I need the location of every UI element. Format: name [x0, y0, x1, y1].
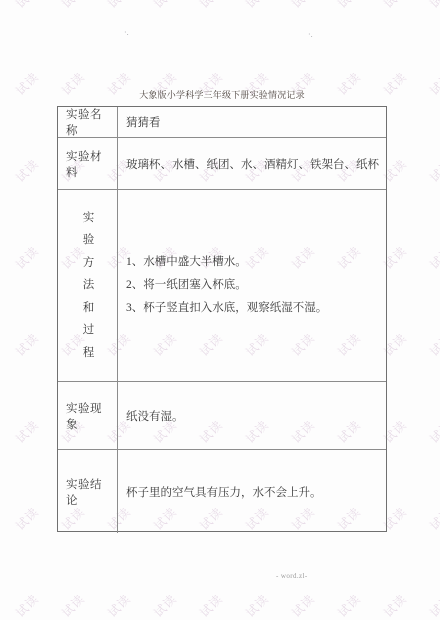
watermark-stamp: 试读: [426, 0, 440, 12]
watermark-stamp: 试读: [242, 0, 272, 12]
watermark-stamp: 试读: [426, 242, 440, 272]
row-value-experiment-conclusion: 杯子里的空气具有压力，水不会上升。: [118, 450, 386, 533]
page-footer: - word.zl-: [276, 572, 308, 580]
watermark-stamp: 试读: [104, 590, 134, 620]
watermark-stamp: 试读: [104, 0, 134, 12]
watermark-stamp: 试读: [12, 590, 42, 620]
watermark-stamp: 试读: [12, 503, 42, 533]
method-step-2: 2、将一纸团塞入杯底。: [126, 274, 327, 297]
row-value-experiment-materials: 玻璃杯、水槽、纸团、水、酒精灯、铁架台、纸杯: [118, 138, 386, 190]
watermark-stamp: 试读: [12, 68, 42, 98]
row-label-experiment-method: 实验方法和过程: [58, 190, 118, 382]
watermark-stamp: 试读: [426, 155, 440, 185]
watermark-stamp: 试读: [380, 590, 410, 620]
watermark-stamp: 试读: [334, 590, 364, 620]
row-value-experiment-phenomenon: 纸没有湿。: [118, 382, 386, 450]
watermark-stamp: 试读: [12, 416, 42, 446]
watermark-stamp: 试读: [196, 590, 226, 620]
scan-artifact-mark: ·.: [308, 31, 313, 39]
watermark-stamp: 试读: [12, 0, 42, 12]
method-steps: 1、水槽中盛大半槽水。 2、将一纸团塞入杯底。 3、杯子竖直扣入水底，观察纸湿不…: [126, 251, 327, 320]
method-step-3: 3、杯子竖直扣入水底，观察纸湿不湿。: [126, 297, 327, 320]
watermark-stamp: 试读: [380, 0, 410, 12]
document-page: { "page": { "title": "大象版小学科学三年级下册实验情况记录…: [0, 0, 440, 620]
experiment-record-table: 实验名称 猜猜看 实验材料 玻璃杯、水槽、纸团、水、酒精灯、铁架台、纸杯 实验方…: [57, 106, 387, 532]
watermark-stamp: 试读: [12, 329, 42, 359]
watermark-stamp: 试读: [334, 0, 364, 12]
row-value-experiment-method: 1、水槽中盛大半槽水。 2、将一纸团塞入杯底。 3、杯子竖直扣入水底，观察纸湿不…: [118, 190, 386, 382]
row-label-experiment-conclusion: 实验结论: [58, 450, 118, 533]
watermark-stamp: 试读: [426, 503, 440, 533]
watermark-stamp: 试读: [426, 590, 440, 620]
watermark-stamp: 试读: [58, 0, 88, 12]
row-label-experiment-name: 实验名称: [58, 107, 118, 138]
page-title: 大象版小学科学三年级下册实验情况记录: [57, 88, 387, 101]
watermark-stamp: 试读: [150, 0, 180, 12]
watermark-stamp: 试读: [196, 0, 226, 12]
watermark-stamp: 试读: [288, 590, 318, 620]
watermark-stamp: 试读: [426, 68, 440, 98]
watermark-stamp: 试读: [426, 329, 440, 359]
row-value-experiment-name: 猜猜看: [118, 107, 386, 138]
watermark-stamp: 试读: [288, 0, 318, 12]
watermark-stamp: 试读: [426, 416, 440, 446]
row-label-experiment-materials: 实验材料: [58, 138, 118, 190]
watermark-stamp: 试读: [12, 242, 42, 272]
watermark-stamp: 试读: [150, 590, 180, 620]
row-label-experiment-phenomenon: 实验现象: [58, 382, 118, 450]
watermark-stamp: 试读: [242, 590, 272, 620]
method-step-1: 1、水槽中盛大半槽水。: [126, 251, 327, 274]
watermark-stamp: 试读: [12, 155, 42, 185]
scan-artifact-mark: ·.: [124, 29, 129, 37]
watermark-stamp: 试读: [58, 590, 88, 620]
vertical-label-text: 实验方法和过程: [82, 207, 95, 365]
